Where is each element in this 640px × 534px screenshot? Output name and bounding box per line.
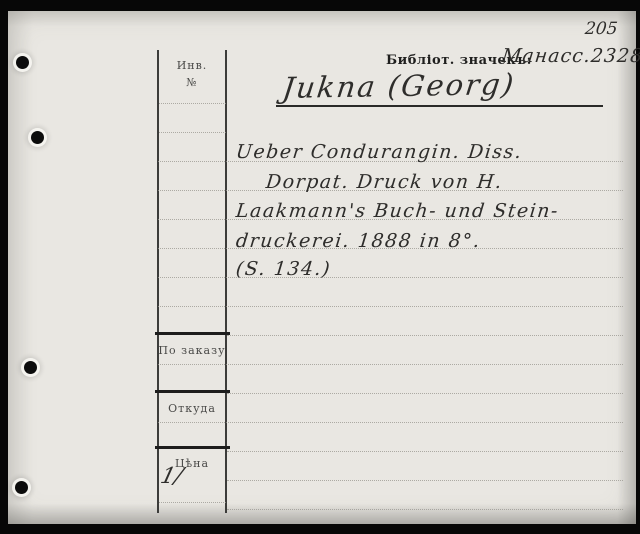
ruled-line xyxy=(227,480,623,481)
punch-hole xyxy=(24,361,37,374)
ruled-line xyxy=(158,422,623,423)
library-mark-value: Манасс.23282 xyxy=(501,45,640,67)
punch-hole xyxy=(15,481,28,494)
section-divider xyxy=(155,446,230,449)
ruled-line xyxy=(159,103,226,104)
corner-number: 205 xyxy=(584,19,619,39)
entry-line: (S. 134.) xyxy=(235,258,332,280)
column-left-rule xyxy=(157,50,159,513)
ruled-line xyxy=(159,132,226,133)
origin-label: Откуда xyxy=(157,402,227,415)
author-heading: Jukna (Georg) xyxy=(281,67,518,105)
ruled-line xyxy=(159,502,226,503)
punch-hole xyxy=(31,131,44,144)
entry-line: druckerei. 1888 in 8°. xyxy=(235,230,482,252)
ruled-line xyxy=(227,451,623,452)
entry-line: Laakmann's Buch- und Stein- xyxy=(235,200,560,222)
ruled-line xyxy=(158,306,623,307)
ruled-line xyxy=(227,393,623,394)
catalog-card-scan: Инв. № По заказу Откуда Цѣна Библіот. зн… xyxy=(0,0,640,534)
punch-hole xyxy=(16,56,29,69)
ruled-line xyxy=(227,335,623,336)
ruled-line xyxy=(227,509,623,510)
entry-line: Dorpat. Druck von H. xyxy=(265,171,504,193)
by-order-label: По заказу xyxy=(157,344,227,357)
column-right-rule xyxy=(225,50,227,513)
section-divider xyxy=(155,332,230,335)
ruled-line xyxy=(158,364,623,365)
inventory-number-sign: № xyxy=(157,76,227,89)
entry-line: Ueber Condurangin. Diss. xyxy=(235,141,524,163)
ruled-line xyxy=(158,277,623,278)
section-divider xyxy=(155,390,230,393)
inventory-number-label: Инв. xyxy=(157,59,227,72)
heading-underline xyxy=(276,105,603,107)
